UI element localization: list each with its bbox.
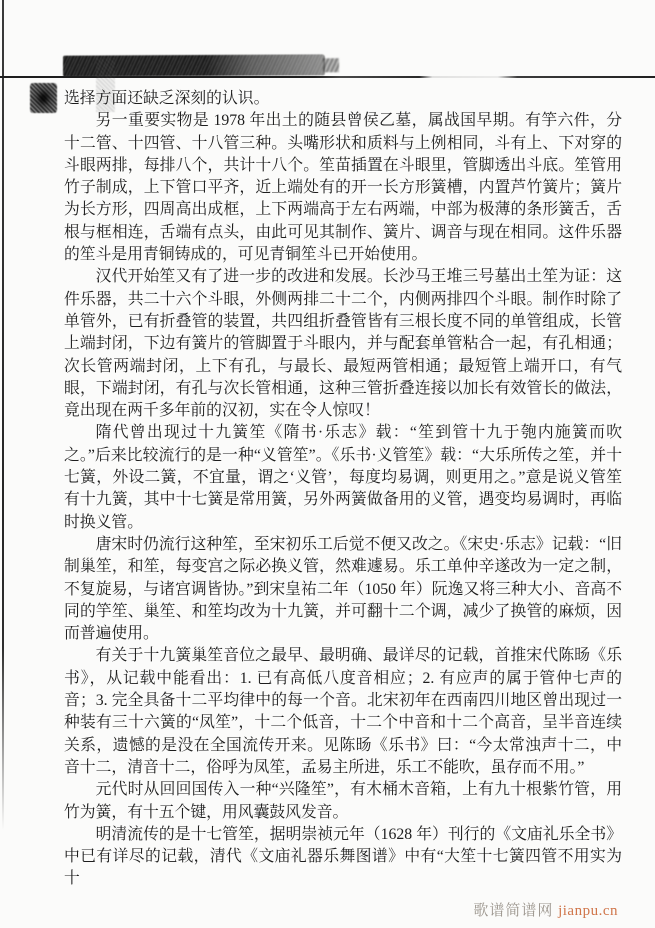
watermark-site-name: 歌谱简谱网 [473, 903, 553, 919]
paragraph: 有关于十九簧巢笙音位之最早、最明确、最详尽的记载，首推宋代陈旸《乐书》，从记载中… [64, 645, 622, 779]
paragraph: 明清流传的是十七管笙，据明崇祯元年（1628 年）刊行的《文庙礼乐全书》中已有详… [64, 824, 622, 891]
paragraph: 唐宋时仍流行这种笙，至宋初乐工后觉不便又改之。《宋史·乐志》记载：“旧制巢笙，和… [64, 534, 622, 645]
paragraph: 汉代开始笙又有了进一步的改进和发展。长沙马王堆三号墓出土笙为证：这件乐器，共二十… [64, 266, 622, 422]
body-text: 选择方面还缺乏深刻的认识。另一重要实物是 1978 年出土的随县曾侯乙墓，属战国… [64, 88, 622, 891]
left-spine-scan-line [2, 0, 4, 830]
paragraph: 元代时从回回国传入一种“兴隆笙”，有木桶木音箱，上有九十根紫竹管，用竹为簧，有十… [64, 779, 622, 824]
scanned-book-page: 选择方面还缺乏深刻的认识。另一重要实物是 1978 年出土的随县曾侯乙墓，属战国… [0, 0, 655, 928]
paragraph: 选择方面还缺乏深刻的认识。 [64, 88, 622, 110]
page-number-smudge-badge [30, 83, 57, 113]
paragraph: 隋代曾出现过十九簧笙《隋书·乐志》载：“笙到管十九于匏内施簧而吹之。”后来比较流… [64, 422, 622, 533]
paragraph: 另一重要实物是 1978 年出土的随县曾侯乙墓，属战国早期。有竽六件，分十二管、… [64, 110, 622, 266]
watermark: 歌谱简谱网 jianpu.cn [473, 899, 618, 920]
watermark-site-url: jianpu.cn [558, 903, 618, 919]
